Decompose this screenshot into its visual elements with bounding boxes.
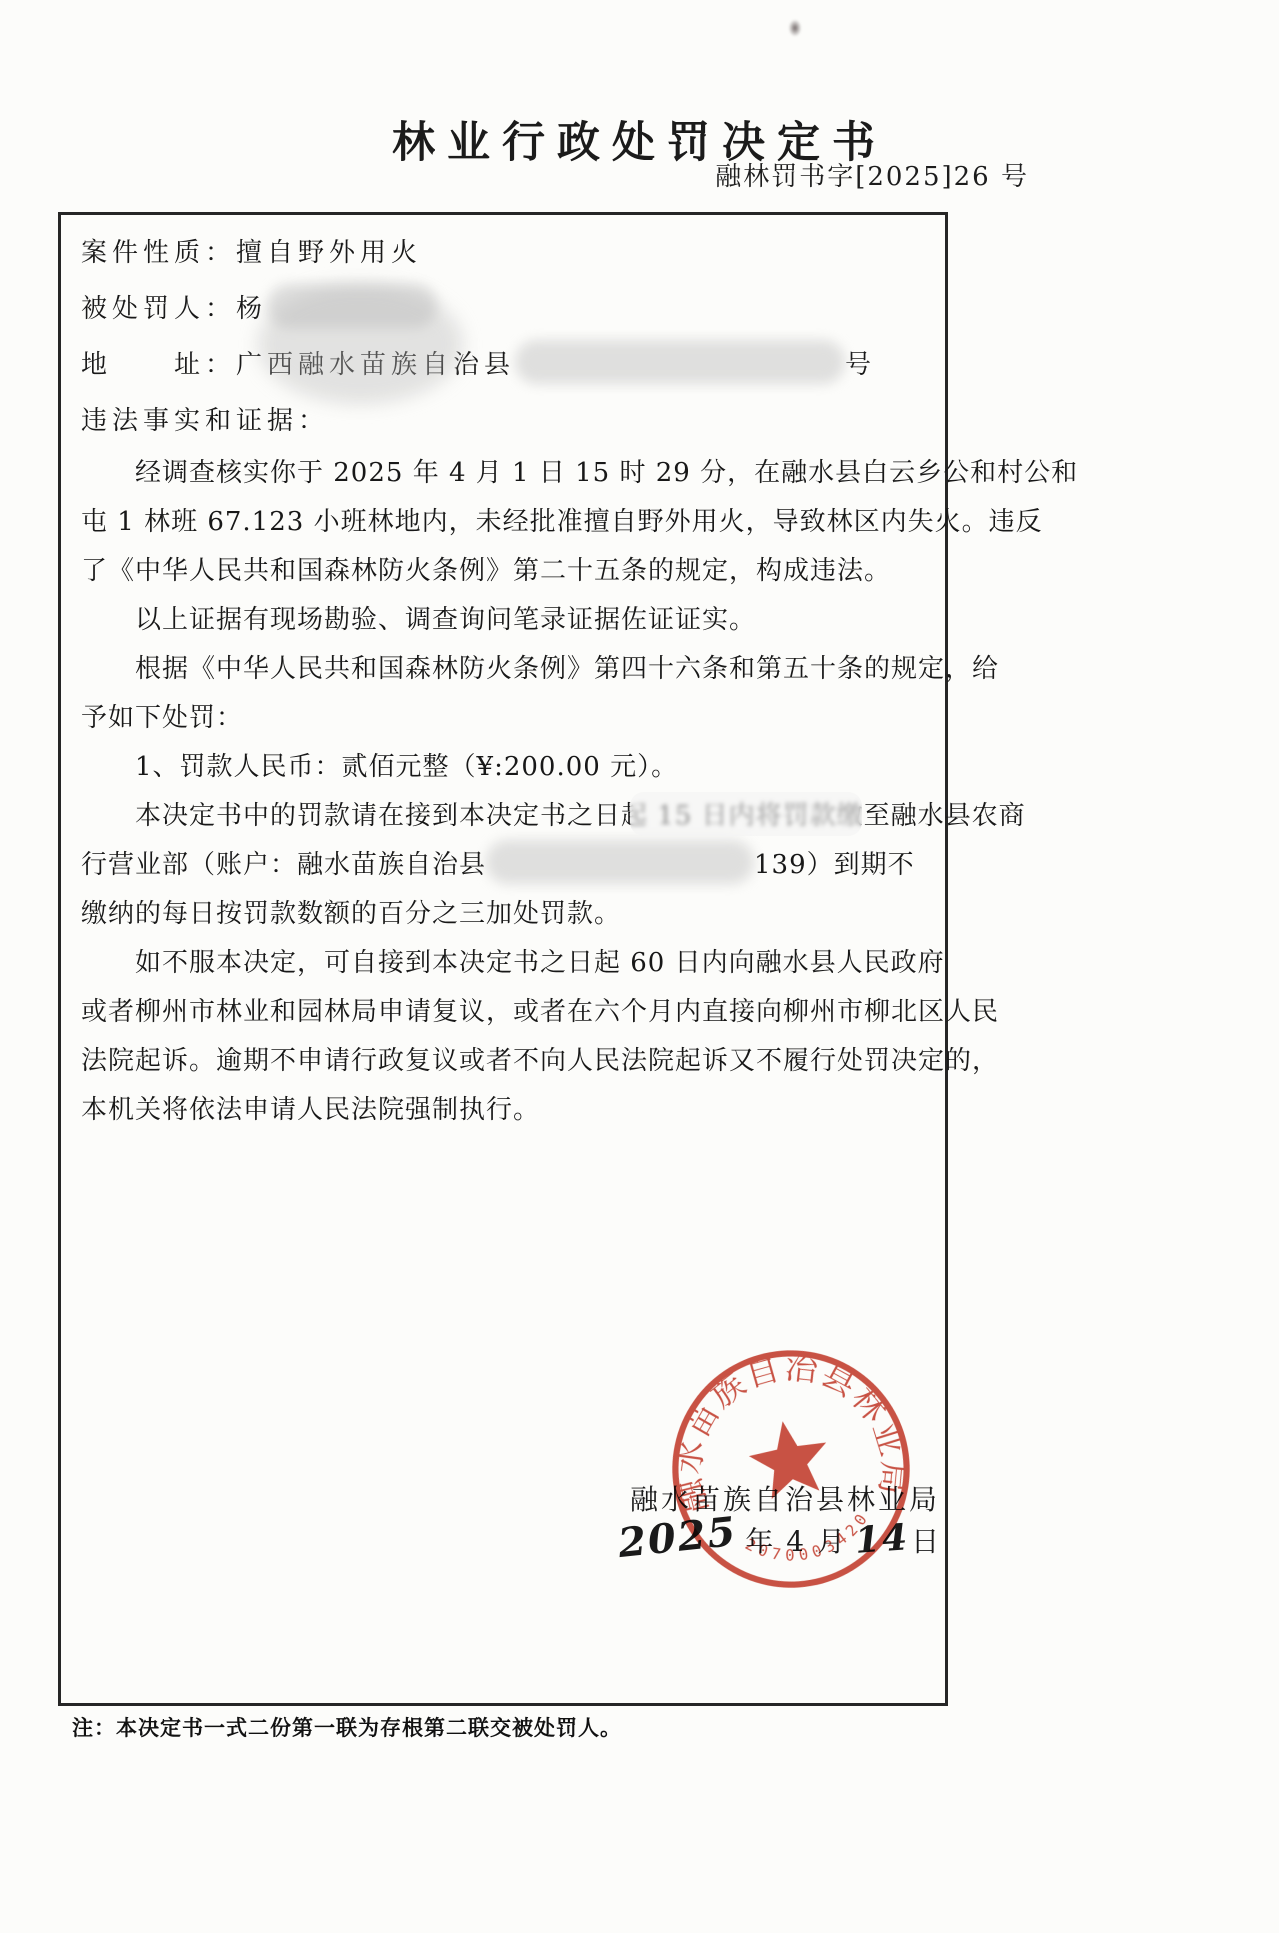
content-body: 案件性质：擅自野外用火 被处罚人：杨 地 址：广西融水苗族自治县号 违法事实和证… xyxy=(61,215,945,1135)
document-number: 融林罚书字[2025]26 号 xyxy=(715,156,1029,193)
decision-date: 2025年 4 月14日 xyxy=(618,1514,941,1561)
document-title: 林业行政处罚决定书 xyxy=(0,109,1279,170)
line-payment-deadline: 本决定书中的罚款请在接到本决定书之日起 15 日内将罚款缴至融水县农商 xyxy=(81,792,927,841)
document-text-line: 予如下处罚： xyxy=(81,694,927,743)
handwritten-year: 2025 xyxy=(616,1508,740,1567)
scan-artifact-mark xyxy=(786,16,804,40)
document-text-line: 或者柳州市林业和园林局申请复议，或者在六个月内直接向柳州市柳北区人民 xyxy=(81,988,927,1037)
date-suffix-text: 日 xyxy=(911,1525,941,1558)
document-text-line: 了《中华人民共和国森林防火条例》第二十五条的规定，构成违法。 xyxy=(81,547,927,596)
document-page: 林业行政处罚决定书 融林罚书字[2025]26 号 案件性质：擅自野外用火 被处… xyxy=(0,0,1279,1933)
line-bank-account: 行营业部（账户：融水苗族自治县139）到期不 xyxy=(81,841,927,890)
document-text-line: 根据《中华人民共和国森林防火条例》第四十六条和第五十条的规定，给 xyxy=(81,645,927,694)
bank-account-post: 139）到期不 xyxy=(754,850,915,880)
redaction-blur-name xyxy=(267,284,437,328)
line-appeal-rights: 如不服本决定，可自接到本决定书之日起 60 日内向融水县人民政府 xyxy=(81,939,927,988)
date-mid-text: 年 4 月 xyxy=(745,1525,847,1558)
line-fine-amount: 1、罚款人民币：贰佰元整（¥:200.00 元）。 xyxy=(81,743,927,792)
line-facts-heading: 违法事实和证据： xyxy=(81,393,927,449)
line-penalized-person: 被处罚人：杨 xyxy=(81,281,927,337)
handwritten-day: 14 xyxy=(854,1516,911,1562)
penalized-person-text: 被处罚人：杨 xyxy=(81,294,267,324)
document-text-line: 本机关将依法申请人民法院强制执行。 xyxy=(81,1086,927,1135)
redaction-blur-account xyxy=(486,840,754,884)
document-text-line: 缴纳的每日按罚款数额的百分之三加处罚款。 xyxy=(81,890,927,939)
document-text-line: 经调查核实你于 2025 年 4 月 1 日 15 时 29 分，在融水县白云乡… xyxy=(81,449,927,498)
line-address: 地 址：广西融水苗族自治县号 xyxy=(81,337,927,393)
document-text-line: 屯 1 林班 67.123 小班林地内，未经批准擅自野外用火，导致林区内失火。违… xyxy=(81,498,927,547)
line-case-nature: 案件性质：擅自野外用火 xyxy=(81,225,927,281)
redaction-blur-address xyxy=(515,340,845,384)
bank-account-pre: 行营业部（账户：融水苗族自治县 xyxy=(81,850,486,880)
issuing-agency-signature: 融水苗族自治县林业局 xyxy=(630,1478,940,1518)
document-text-line: 以上证据有现场勘验、调查询问笔录证据佐证证实。 xyxy=(81,596,927,645)
document-text-line: 法院起诉。逾期不申请行政复议或者不向人民法院起诉又不履行处罚决定的， xyxy=(81,1037,927,1086)
address-text-post: 号 xyxy=(845,350,876,380)
footer-note: 注：本决定书一式二份第一联为存根第二联交被处罚人。 xyxy=(72,1712,622,1742)
address-text-pre: 地 址：广西融水苗族自治县 xyxy=(81,350,515,380)
